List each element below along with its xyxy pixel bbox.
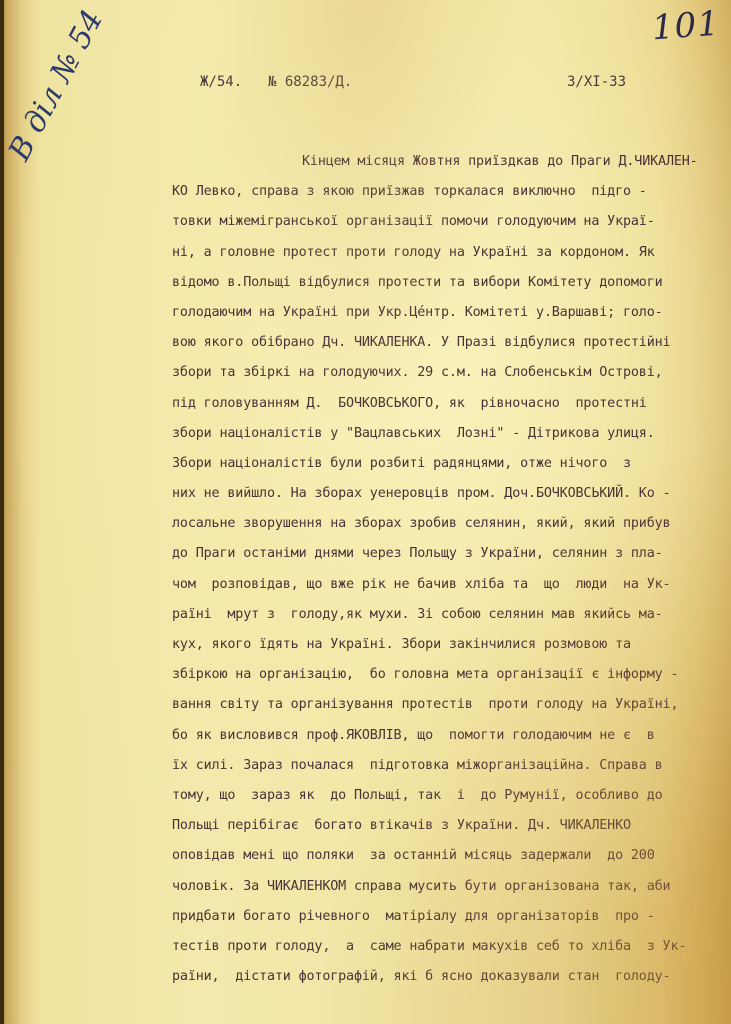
text-line: лосальне зворушення на зборах зробив сел… [172,509,712,539]
document-date: 3/XI-33 [567,74,626,90]
text-line: товки міжемігранської організації помочи… [172,207,712,237]
binding-edge [0,0,4,1024]
text-line: раїні мрут з голоду,як мухи. Зі собою се… [172,600,712,630]
text-line: збори націоналістів у "Вацлавських Лозні… [172,419,712,449]
text-line: ні, а головне протест проти голоду на Ук… [172,238,712,268]
text-line: придбати богато річевного матіріалу для … [172,902,712,932]
text-line: чоловік. За ЧИКАЛЕНКОМ справа мусить бут… [172,872,712,902]
text-line: них не вийшло. На зборах уенеровців пром… [172,479,712,509]
text-line: до Праги останіми днями через Польщу з У… [172,539,712,569]
text-line: їх силі. Зараз почалася підготовка міжор… [172,751,712,781]
text-line: тому, що зараз як до Польщі, так і до Ру… [172,781,712,811]
text-line: Збори націоналістів були розбиті радянця… [172,449,712,479]
text-line: вання світу та організування протестів п… [172,690,712,720]
text-line: під головуванням Д. БОЧКОВСЬКОГО, як рів… [172,389,712,419]
text-line: збори та збіркі на голодуючих. 29 с.м. н… [172,358,712,388]
text-line: кух, якого їдять на Україні. Збори закін… [172,630,712,660]
text-line: оповідав мені що поляки за останній міся… [172,841,712,871]
text-line: чом розповідав, що вже рік не бачив хліб… [172,570,712,600]
document-header: Ж/54. № 68283/Д. 3/XI-33 [0,74,731,98]
typewritten-body: Кінцем місяця Жовтня приїздкав до Праги … [172,147,712,992]
text-line: відомо в.Польщі відбулися протести та ви… [172,268,712,298]
text-line: Польщі перібігає богато втікачів з Украї… [172,811,712,841]
text-line: збіркою на організацію, бо головна мета … [172,660,712,690]
document-number: № 68283/Д. [268,74,352,90]
document-page: 101 В діл № 54 Ж/54. № 68283/Д. 3/XI-33 … [0,0,731,1024]
text-line: Кінцем місяця Жовтня приїздкав до Праги … [172,147,712,177]
folio-number: 101 [651,4,722,49]
text-line: КО Левко, справа з якою приїзжав торкала… [172,177,712,207]
reference-code: Ж/54. [200,74,242,90]
text-line: бо як висловився проф.ЯКОВЛІВ, що помогт… [172,721,712,751]
text-line: раїни, дістати фотографій, які б ясно до… [172,962,712,992]
text-line: вою якого обібрано Дч. ЧИКАЛЕНКА. У Праз… [172,328,712,358]
text-line: голодаючим на Україні при Укр.Цéнтр. Ком… [172,298,712,328]
text-line: тестів проти голоду, а саме набрати маку… [172,932,712,962]
